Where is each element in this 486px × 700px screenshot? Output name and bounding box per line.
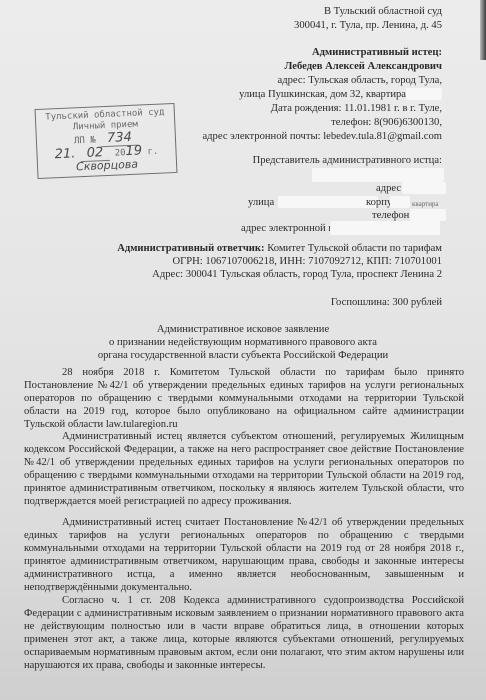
stamp-year-prefix: 20: [115, 148, 126, 158]
court-name: В Тульский областной суд: [324, 6, 442, 18]
paragraph-text: 28 ноября 2018 г. Комитетом Тульской обл…: [24, 366, 464, 431]
stamp-year-unit: г.: [147, 147, 158, 157]
redaction-rep-name: [312, 168, 444, 182]
redaction-rep-address: [402, 182, 446, 194]
redaction-rep-street: [278, 196, 378, 208]
body-paragraph-4: Согласно ч. 1 ст. 208 Кодекса администра…: [24, 594, 464, 673]
document-title-2: о признании недействующим нормативного п…: [0, 336, 486, 349]
plaintiff-heading: Административный истец:: [312, 47, 442, 59]
defendant-name: Комитет Тульской области по тарифам: [267, 243, 442, 254]
plaintiff-phone: телефон: 8(906)6300130,: [331, 117, 442, 129]
plaintiff-address-2: улица Пушкинская, дом 32, квартира: [239, 89, 406, 101]
state-fee: Госпошлина: 300 рублей: [331, 297, 442, 309]
body-paragraph-2: Административный истец является субъекто…: [24, 430, 464, 509]
body-paragraph-3: Административный истец считает Постановл…: [24, 516, 464, 595]
rep-street-label: улица: [248, 197, 274, 209]
paragraph-text: Административный истец считает Постановл…: [24, 516, 464, 595]
redaction-rep-phone: [410, 209, 446, 221]
paragraph-text: Согласно ч. 1 ст. 208 Кодекса администра…: [24, 594, 464, 673]
document-title-3: органа государственной власти субъекта Р…: [0, 349, 486, 362]
paragraph-text: Административный истец является субъекто…: [24, 430, 464, 509]
defendant-heading: Административный ответчик:: [117, 243, 264, 254]
defendant-line: Административный ответчик: Комитет Тульс…: [117, 243, 442, 255]
plaintiff-address-1: адрес: Тульская область, город Тула,: [278, 75, 442, 87]
rep-building-label: корпу: [366, 197, 392, 209]
body-paragraph-1: 28 ноября 2018 г. Комитетом Тульской обл…: [24, 366, 464, 431]
redaction-apartment: [406, 88, 442, 100]
defendant-ids: ОГРН: 1067107006218, ИНН: 7107092712, КП…: [172, 256, 442, 268]
document-title-1: Административное исковое заявление: [0, 323, 486, 336]
rep-address-label: адрес: [376, 183, 401, 195]
court-address: 300041, г. Тула, пр. Ленина, д. 45: [294, 20, 442, 32]
redaction-rep-building: [390, 196, 410, 208]
representative-heading: Представитель административного истца:: [253, 155, 442, 167]
redaction-rep-email: [330, 221, 440, 235]
plaintiff-email: адрес электронной почты: lebedev.tula.81…: [202, 131, 442, 143]
court-reception-stamp: Тульский областной суд Личный прием ЛП №…: [35, 103, 178, 179]
plaintiff-birth: Дата рождения: 11.01.1981 г. в г. Туле,: [271, 103, 442, 115]
defendant-address: Адрес: 300041 Тульская область, город Ту…: [152, 269, 442, 281]
page-edge-shadow: [480, 0, 486, 60]
plaintiff-name: Лебедев Алексей Александрович: [284, 61, 442, 73]
